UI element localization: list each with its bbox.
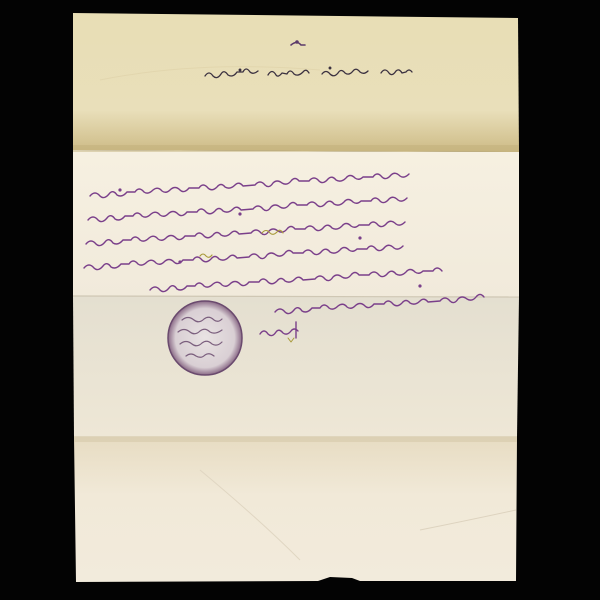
document-illustration [0, 0, 600, 600]
paper-bottom-panel [74, 437, 517, 582]
document-sheet: ه مسعود افندی زاده ... قریه مو وحید ... … [0, 0, 600, 600]
seal [168, 301, 242, 375]
paper-lower-panel [73, 296, 519, 437]
paper-top-panel [73, 13, 519, 152]
photo-background: ه مسعود افندی زاده ... قریه مو وحید ... … [0, 0, 600, 600]
paper-middle-panel [73, 150, 519, 297]
